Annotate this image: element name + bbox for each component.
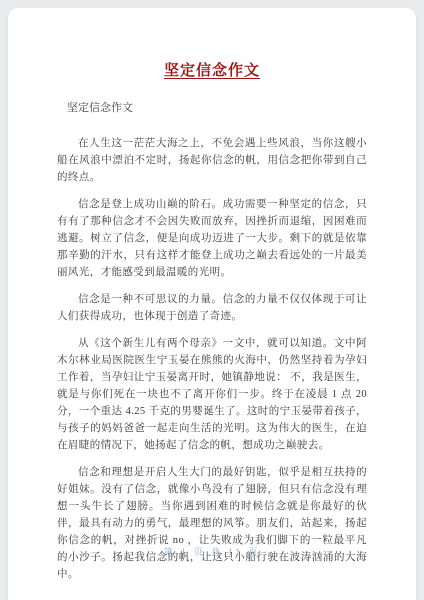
page-pagination: 第 1 页 共 11 页 bbox=[8, 545, 416, 558]
document-page: 坚定信念作文 坚定信念作文 在人生这一茫茫大海之上，不免会遇上些风浪，当你这艘小… bbox=[8, 8, 416, 600]
document-title: 坚定信念作文 bbox=[57, 62, 367, 80]
document-subtitle: 坚定信念作文 bbox=[57, 101, 367, 115]
paragraph: 信念是登上成功山巅的阶石。成功需要一种坚定的信念，只有有了那种信念才不会因失败而… bbox=[57, 196, 367, 281]
document-body: 在人生这一茫茫大海之上，不免会遇上些风浪，当你这艘小船在风浪中漂泊不定时，扬起你… bbox=[57, 135, 367, 583]
paragraph: 从《这个新生儿有两个母亲》一文中，就可以知道。文中阿木尔林业局医院医生宁玉晏在熊… bbox=[57, 335, 367, 454]
viewer-canvas: 坚定信念作文 坚定信念作文 在人生这一茫茫大海之上，不免会遇上些风浪，当你这艘小… bbox=[0, 0, 424, 600]
paragraph: 信念和理想是开启人生大门的最好钥匙，似乎是相互扶持的好姐妹。没有了信念，就像小鸟… bbox=[57, 464, 367, 583]
paragraph: 信念是一种不可思议的力量。信念的力量不仅仅体现于可让人们获得成功，也体现于创造了… bbox=[57, 291, 367, 325]
paragraph: 在人生这一茫茫大海之上，不免会遇上些风浪，当你这艘小船在风浪中漂泊不定时，扬起你… bbox=[57, 135, 367, 186]
